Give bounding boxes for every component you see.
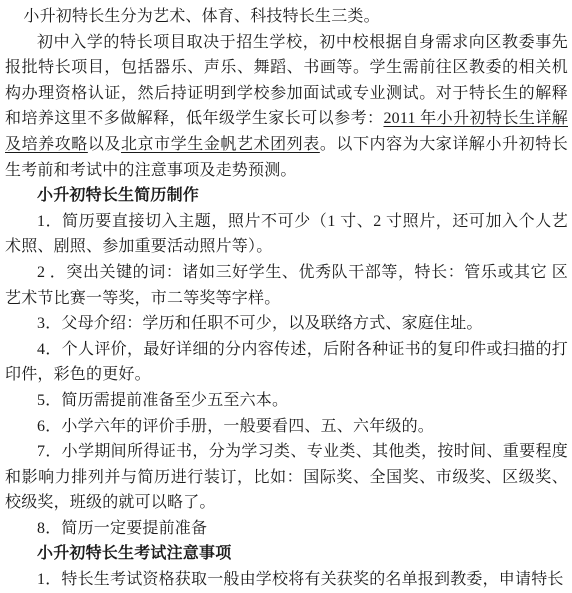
text-segment: 小升初特长生分为艺术、体育、科技特长生三类。 bbox=[23, 8, 379, 25]
paragraph: 6．小学六年的评价手册，一般要看四、五、六年级的。 bbox=[5, 414, 568, 440]
text-segment: 1．特长生考试资格获取一般由学校将有关获奖的名单报到教委，申请特长 bbox=[37, 571, 564, 588]
document-page: 小升初特长生分为艺术、体育、科技特长生三类。初中入学的特长项目取决于招生学校，初… bbox=[0, 0, 572, 593]
text-segment: 3．父母介绍：学历和任职不可少，以及联络方式、家庭住址。 bbox=[37, 315, 483, 332]
text-segment: 小升初特长生考试注意事项 bbox=[37, 545, 231, 562]
paragraph: 1．特长生考试资格获取一般由学校将有关获奖的名单报到教委，申请特长 bbox=[5, 567, 568, 593]
paragraph: 1．简历要直接切入主题，照片不可少（1 寸、2 寸照片，还可加入个人艺术照、剧照… bbox=[5, 209, 568, 260]
text-segment: 1．简历要直接切入主题，照片不可少（1 寸、2 寸照片，还可加入个人艺术照、剧照… bbox=[5, 213, 568, 256]
paragraph: 2 ．突出关键的词：诸如三好学生、优秀队干部等，特长：管乐或其它 区艺术节比赛一… bbox=[5, 260, 568, 311]
paragraph: 5．简历需提前准备至少五至六本。 bbox=[5, 388, 568, 414]
text-segment: 6．小学六年的评价手册，一般要看四、五、六年级的。 bbox=[37, 418, 434, 435]
paragraph: 小升初特长生分为艺术、体育、科技特长生三类。 bbox=[5, 4, 568, 30]
paragraph: 8．简历一定要提前准备 bbox=[5, 516, 568, 542]
text-segment: 以及 bbox=[88, 136, 121, 153]
text-segment: 4．个人评价，最好详细的分内容传述，后附各种证书的复印件或扫描的打印件，彩色的更… bbox=[5, 341, 568, 384]
document-body: 小升初特长生分为艺术、体育、科技特长生三类。初中入学的特长项目取决于招生学校，初… bbox=[5, 4, 568, 593]
text-segment: 小升初特长生简历制作 bbox=[37, 187, 199, 204]
link-text[interactable]: 北京市学生金帆艺术团列表 bbox=[121, 136, 320, 153]
paragraph: 3．父母介绍：学历和任职不可少，以及联络方式、家庭住址。 bbox=[5, 311, 568, 337]
paragraph: 初中入学的特长项目取决于招生学校，初中校根据自身需求向区教委事先报批特长项目，包… bbox=[5, 30, 568, 184]
section-heading: 小升初特长生简历制作 bbox=[5, 183, 568, 209]
paragraph: 4．个人评价，最好详细的分内容传述，后附各种证书的复印件或扫描的打印件，彩色的更… bbox=[5, 337, 568, 388]
text-segment: 2 ．突出关键的词：诸如三好学生、优秀队干部等，特长：管乐或其它 区艺术节比赛一… bbox=[5, 264, 568, 307]
section-heading: 小升初特长生考试注意事项 bbox=[5, 541, 568, 567]
paragraph: 7．小学期间所得证书，分为学习类、专业类、其他类，按时间、重要程度和影响力排列并… bbox=[5, 439, 568, 516]
text-segment: 7．小学期间所得证书，分为学习类、专业类、其他类，按时间、重要程度和影响力排列并… bbox=[5, 443, 568, 511]
text-segment: 8．简历一定要提前准备 bbox=[37, 520, 207, 537]
text-segment: 5．简历需提前准备至少五至六本。 bbox=[37, 392, 288, 409]
